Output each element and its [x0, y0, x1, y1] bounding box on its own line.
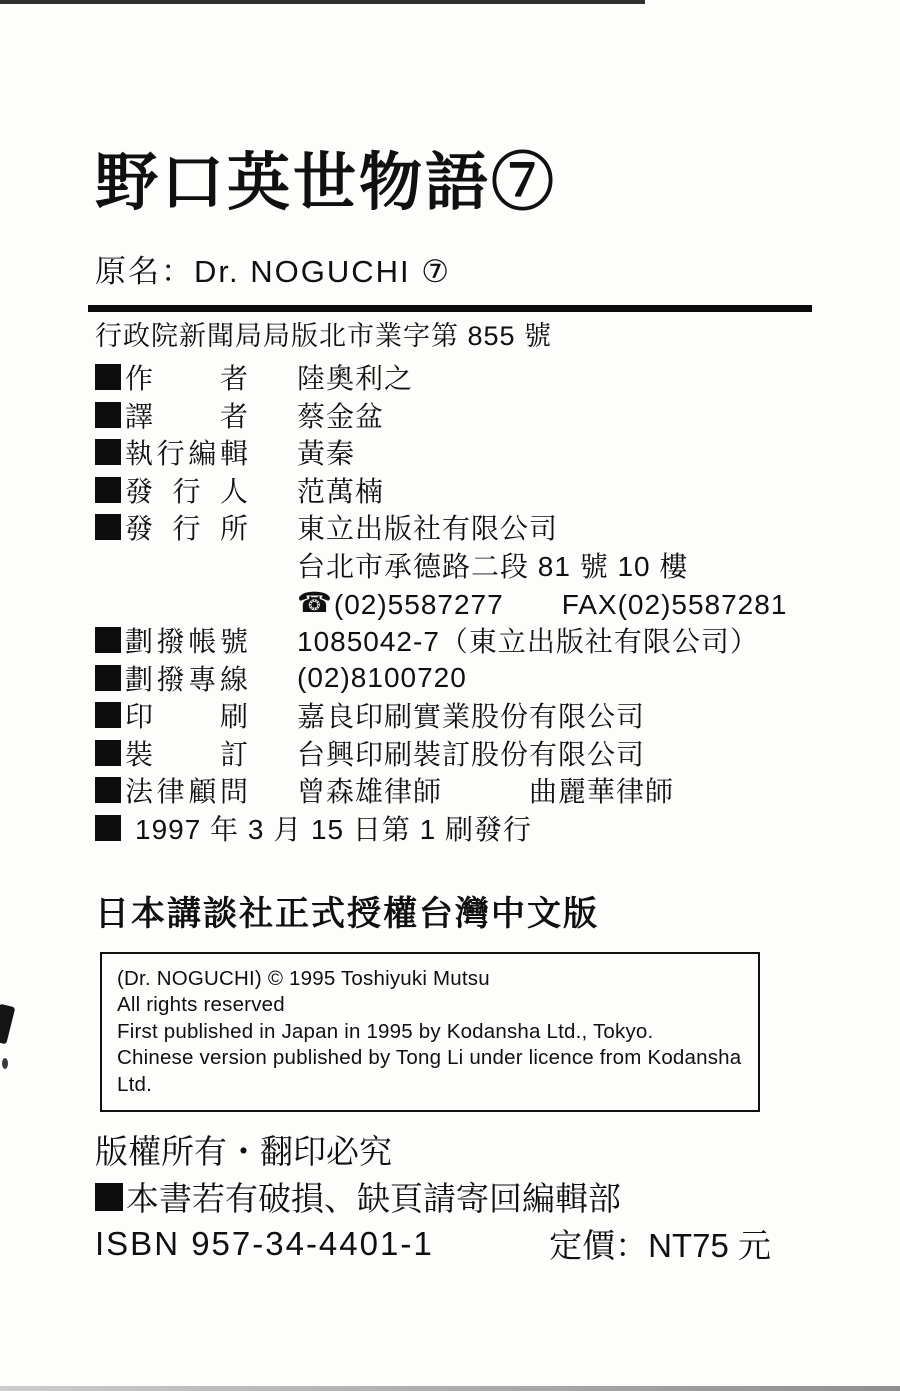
footer-section: 版權所有・翻印必究 本書若有破損、缺頁請寄回編輯部 ISBN 957-34-44… — [95, 1126, 860, 1267]
copyright-box-line: (Dr. NOGUCHI) © 1995 Toshiyuki Mutsu — [117, 966, 743, 993]
row-legal-advisors: 法律顧問 曾森雄律師 曲麗華律師 — [95, 772, 860, 810]
row-label: 劃撥專線 — [125, 658, 248, 698]
row-bullet — [95, 740, 121, 766]
copyright-box-line: All rights reserved — [117, 992, 743, 1019]
copyright-box-line: First published in Japan in 1995 by Koda… — [117, 1019, 743, 1046]
row-value: (02)5587277 FAX(02)5587281 — [334, 583, 788, 623]
row-executive-editor: 執行編輯 黃秦 — [95, 433, 860, 471]
row-label: 執行編輯 — [125, 432, 248, 472]
row-value: 曾森雄律師 曲麗華律師 — [297, 770, 674, 810]
row-bullet — [95, 702, 121, 728]
row-label: 發行人 — [125, 470, 248, 510]
row-publisher-person: 發行人 范萬楠 — [95, 471, 860, 509]
copyright-box: (Dr. NOGUCHI) © 1995 Toshiyuki Mutsu All… — [100, 952, 760, 1113]
row-label: 譯者 — [125, 395, 248, 435]
row-label: 作者 — [125, 357, 248, 397]
divider-rule — [88, 305, 812, 312]
copyright-notice-text: 版權所有・翻印必究 — [95, 1126, 392, 1173]
row-bullet — [95, 815, 121, 841]
row-bullet — [95, 627, 121, 653]
content-area: 野口英世物語⑦ 原名：Dr. NOGUCHI ⑦ 行政院新聞局局版北市業字第 8… — [0, 0, 900, 1267]
row-bullet — [95, 402, 121, 428]
row-author: 作者 陸奧利之 — [95, 358, 860, 396]
row-value: 1085042-7（東立出版社有限公司） — [297, 620, 759, 660]
row-bullet — [95, 514, 121, 540]
row-value: 黃秦 — [297, 432, 355, 472]
colophon-page: 野口英世物語⑦ 原名：Dr. NOGUCHI ⑦ 行政院新聞局局版北市業字第 8… — [0, 0, 900, 1391]
publication-info-list: 作者 陸奧利之 譯者 蔡金盆 執行編輯 黃秦 發行人 范萬楠 發行所 東 — [95, 358, 860, 847]
row-printer: 印刷 嘉良印刷實業股份有限公司 — [95, 696, 860, 734]
row-bindery: 裝訂 台興印刷裝訂股份有限公司 — [95, 734, 860, 772]
row-value: 東立出版社有限公司 — [297, 507, 558, 547]
row-bullet — [95, 1183, 123, 1211]
damage-notice: 本書若有破損、缺頁請寄回編輯部 — [95, 1173, 860, 1220]
row-bullet — [95, 439, 121, 465]
page-edge-bottom — [0, 1386, 900, 1391]
row-label: 劃撥帳號 — [125, 620, 248, 660]
row-value: 陸奧利之 — [297, 357, 413, 397]
row-bullet — [95, 665, 121, 691]
row-value: 台北市承德路二段 81 號 10 樓 — [297, 545, 688, 585]
row-postal-hotline: 劃撥專線 (02)8100720 — [95, 659, 860, 697]
row-value: 1997 年 3 月 15 日第 1 刷發行 — [135, 808, 532, 848]
page-edge-top — [0, 0, 645, 4]
row-bullet — [95, 477, 121, 503]
row-label: 法律顧問 — [125, 770, 248, 810]
copyright-notice: 版權所有・翻印必究 — [95, 1126, 860, 1173]
row-bullet — [95, 364, 121, 390]
phone-icon: ☎ — [297, 586, 332, 619]
row-label: 發行所 — [125, 507, 248, 547]
row-value: 范萬楠 — [297, 470, 384, 510]
row-bullet — [95, 777, 121, 803]
price: 定價：NT75 元 — [549, 1220, 771, 1267]
row-label: 印刷 — [125, 695, 248, 735]
row-value: 蔡金盆 — [297, 395, 384, 435]
copyright-box-line: Chinese version published by Tong Li und… — [117, 1045, 743, 1098]
scan-artifact-dot — [2, 1058, 8, 1069]
row-publishing-house: 發行所 東立出版社有限公司 — [95, 509, 860, 547]
row-postal-account: 劃撥帳號 1085042-7（東立出版社有限公司） — [95, 621, 860, 659]
row-value: 嘉良印刷實業股份有限公司 — [297, 695, 645, 735]
original-title: 原名：Dr. NOGUCHI ⑦ — [95, 246, 860, 291]
book-title: 野口英世物語⑦ — [95, 0, 860, 216]
row-value: (02)8100720 — [297, 662, 467, 694]
row-phone-fax: ☎ (02)5587277 FAX(02)5587281 — [95, 584, 860, 622]
isbn-price-line: ISBN 957-34-4401-1 定價：NT75 元 — [95, 1220, 771, 1267]
row-translator: 譯者 蔡金盆 — [95, 396, 860, 434]
isbn: ISBN 957-34-4401-1 — [95, 1225, 434, 1263]
authorization-line: 日本講談社正式授權台灣中文版 — [95, 886, 860, 935]
row-label: 裝訂 — [125, 733, 248, 773]
row-print-date: 1997 年 3 月 15 日第 1 刷發行 — [95, 809, 860, 847]
license-number-line: 行政院新聞局局版北市業字第 855 號 — [95, 319, 860, 353]
row-value: 台興印刷裝訂股份有限公司 — [297, 733, 645, 773]
row-address: 台北市承德路二段 81 號 10 樓 — [95, 546, 860, 584]
damage-notice-text: 本書若有破損、缺頁請寄回編輯部 — [126, 1173, 621, 1220]
